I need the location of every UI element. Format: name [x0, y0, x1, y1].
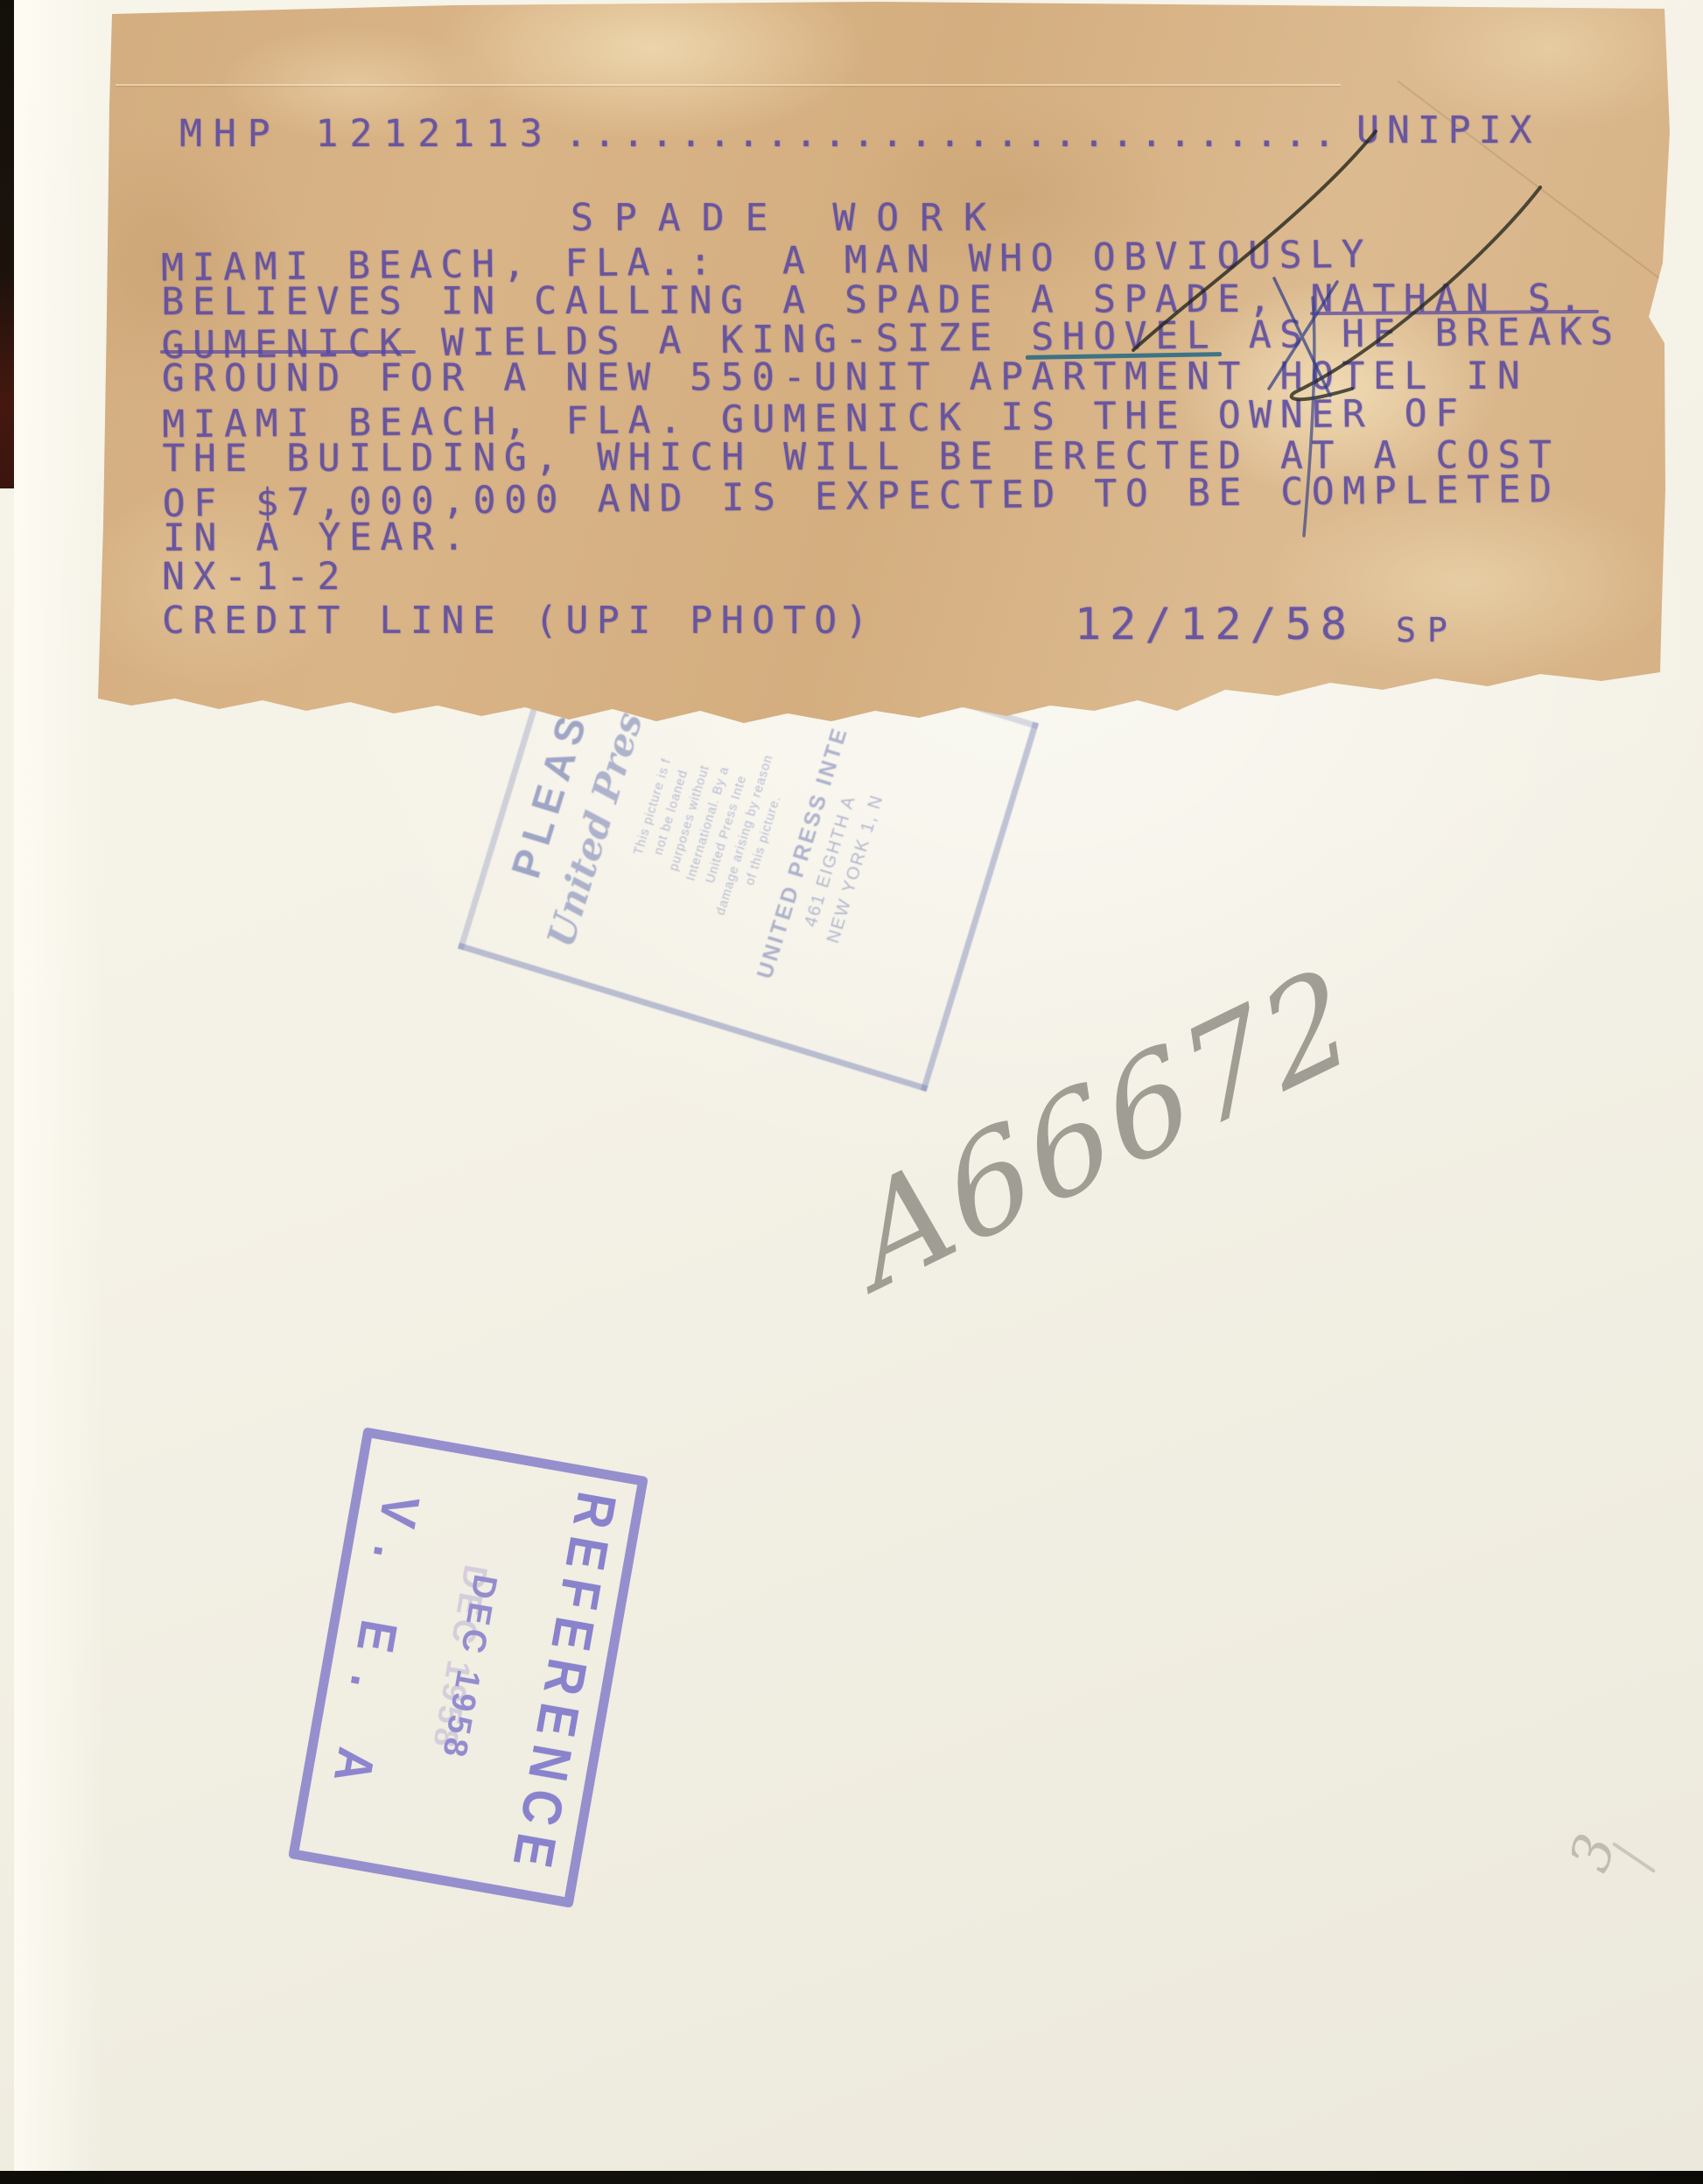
caption-slip: MHP 1212113 ........................... …: [0, 0, 1703, 735]
credit-line: CREDIT LINE (UPI PHOTO): [162, 599, 876, 643]
caption-title: SPADE WORK: [571, 196, 1007, 240]
press-photo-back-scan: PLEASE United Press In This picture is f…: [0, 0, 1703, 2184]
slip-wire-service-code: UNIPIX: [1356, 109, 1539, 152]
reference-date-stamp: REFERENCE DEC 1958 V. E. A: [288, 1427, 648, 1908]
caption-line: IN A YEAR.: [163, 511, 1622, 556]
editor-initials: SP: [1396, 611, 1459, 650]
faint-corner-scribble: 3: [1557, 1826, 1629, 1879]
scan-edge-bottom: [0, 2171, 1703, 2184]
slip-agency-code: MHP 1212113: [179, 112, 554, 156]
caption-date: 12/12/58: [1075, 599, 1356, 650]
stamp-border-bottom: [921, 721, 1039, 1092]
caption-body: MIAMI BEACH, FLA.: A MAN WHO OBVIOUSLY B…: [161, 234, 1622, 558]
photo-number: NX-1-2: [162, 555, 348, 599]
reference-stamp-date: DEC 1958: [414, 1458, 523, 1877]
paper-light-band: [14, 0, 105, 2171]
reference-stamp-title: REFERENCE: [496, 1473, 632, 1896]
scan-edge-left: [0, 0, 14, 488]
underline-gumenick: [160, 350, 416, 354]
caption-line: GROUND FOR A NEW 550-UNIT APARTMENT HOTE…: [162, 355, 1622, 397]
paper-crease: [116, 84, 1341, 86]
reference-stamp-initials: V. E. A: [309, 1440, 440, 1863]
slip-header-dots: ...........................: [564, 112, 1342, 156]
